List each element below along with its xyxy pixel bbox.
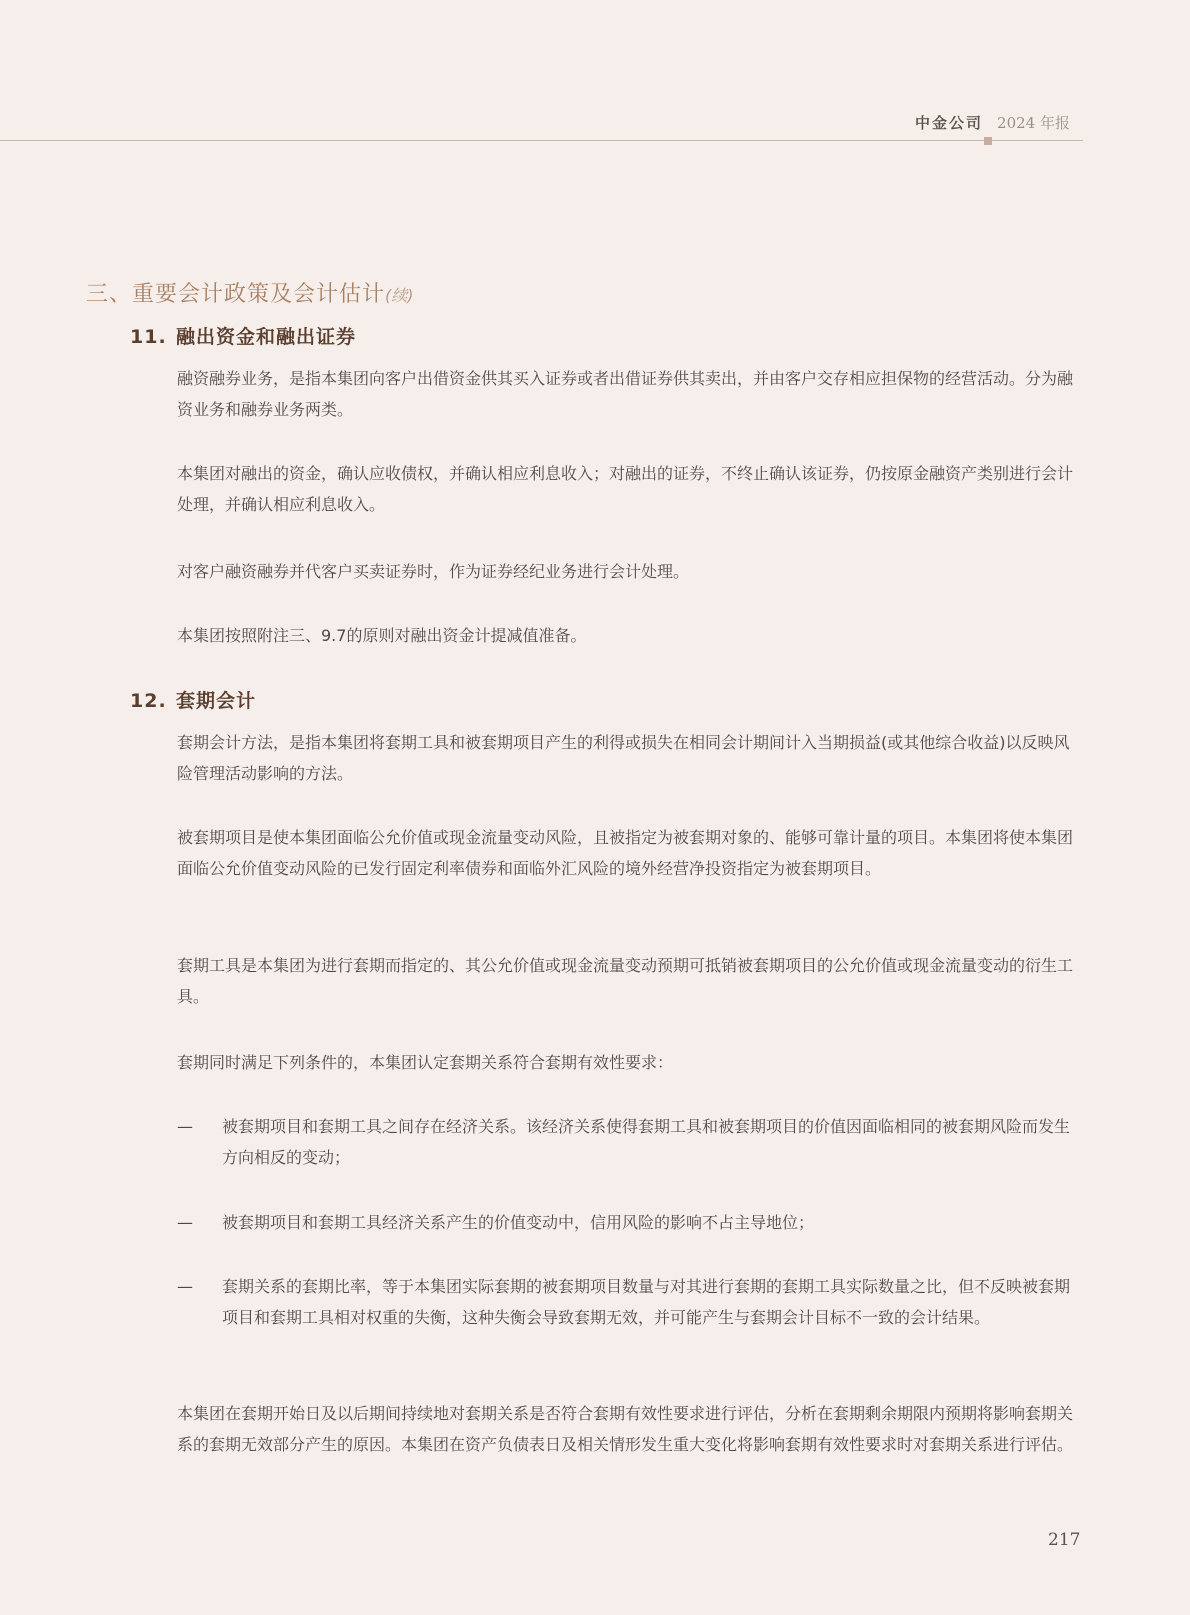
running-header: 中金公司2024 年报 [915, 112, 1070, 133]
paragraph: 融资融券业务，是指本集团向客户出借资金供其买入证券或者出借证券供其卖出，并由客户… [177, 363, 1077, 425]
subsection-title: 融出资金和融出证券 [176, 326, 356, 348]
list-item-text: 被套期项目和套期工具经济关系产生的价值变动中，信用风险的影响不占主导地位； [222, 1207, 1077, 1238]
paragraph: 本集团按照附注三、9.7的原则对融出资金计提减值准备。 [177, 620, 1077, 651]
dash-bullet-icon: — [177, 1111, 197, 1142]
paragraph: 对客户融资融券并代客户买卖证券时，作为证券经纪业务进行会计处理。 [177, 556, 1077, 587]
list-item-text: 套期关系的套期比率，等于本集团实际套期的被套期项目数量与对其进行套期的套期工具实… [222, 1271, 1077, 1333]
subsection-title: 套期会计 [176, 690, 256, 712]
dash-bullet-icon: — [177, 1271, 197, 1302]
dash-bullet-icon: — [177, 1207, 197, 1238]
paragraph: 被套期项目是使本集团面临公允价值或现金流量变动风险，且被指定为被套期对象的、能够… [177, 822, 1077, 884]
header-report-title: 2024 年报 [997, 114, 1070, 132]
section-title-text: 三、重要会计政策及会计估计 [86, 282, 385, 307]
paragraph: 套期工具是本集团为进行套期而指定的、其公允价值或现金流量变动预期可抵销被套期项目… [177, 950, 1077, 1012]
list-item: — 套期关系的套期比率，等于本集团实际套期的被套期项目数量与对其进行套期的套期工… [177, 1271, 1077, 1333]
list-item-text: 被套期项目和套期工具之间存在经济关系。该经济关系使得套期工具和被套期项目的价值因… [222, 1111, 1077, 1173]
header-square-marker [984, 137, 992, 145]
page-number: 217 [1048, 1530, 1080, 1550]
header-divider [0, 140, 1083, 141]
paragraph: 本集团对融出的资金，确认应收债权，并确认相应利息收入；对融出的证券，不终止确认该… [177, 458, 1077, 520]
paragraph: 套期会计方法，是指本集团将套期工具和被套期项目产生的利得或损失在相同会计期间计入… [177, 727, 1077, 789]
subsection-heading-12: 12.套期会计 [130, 686, 256, 713]
header-company-name: 中金公司 [915, 114, 983, 132]
subsection-heading-11: 11.融出资金和融出证券 [130, 322, 356, 349]
section-title: 三、重要会计政策及会计估计(续) [86, 277, 414, 308]
paragraph: 套期同时满足下列条件的，本集团认定套期关系符合套期有效性要求： [177, 1047, 1077, 1078]
subsection-number: 12. [130, 690, 176, 712]
subsection-number: 11. [130, 326, 176, 348]
paragraph: 本集团在套期开始日及以后期间持续地对套期关系是否符合套期有效性要求进行评估，分析… [177, 1398, 1077, 1460]
list-item: — 被套期项目和套期工具之间存在经济关系。该经济关系使得套期工具和被套期项目的价… [177, 1111, 1077, 1173]
list-item: — 被套期项目和套期工具经济关系产生的价值变动中，信用风险的影响不占主导地位； [177, 1207, 1077, 1238]
section-continued-label: (续) [385, 286, 414, 305]
